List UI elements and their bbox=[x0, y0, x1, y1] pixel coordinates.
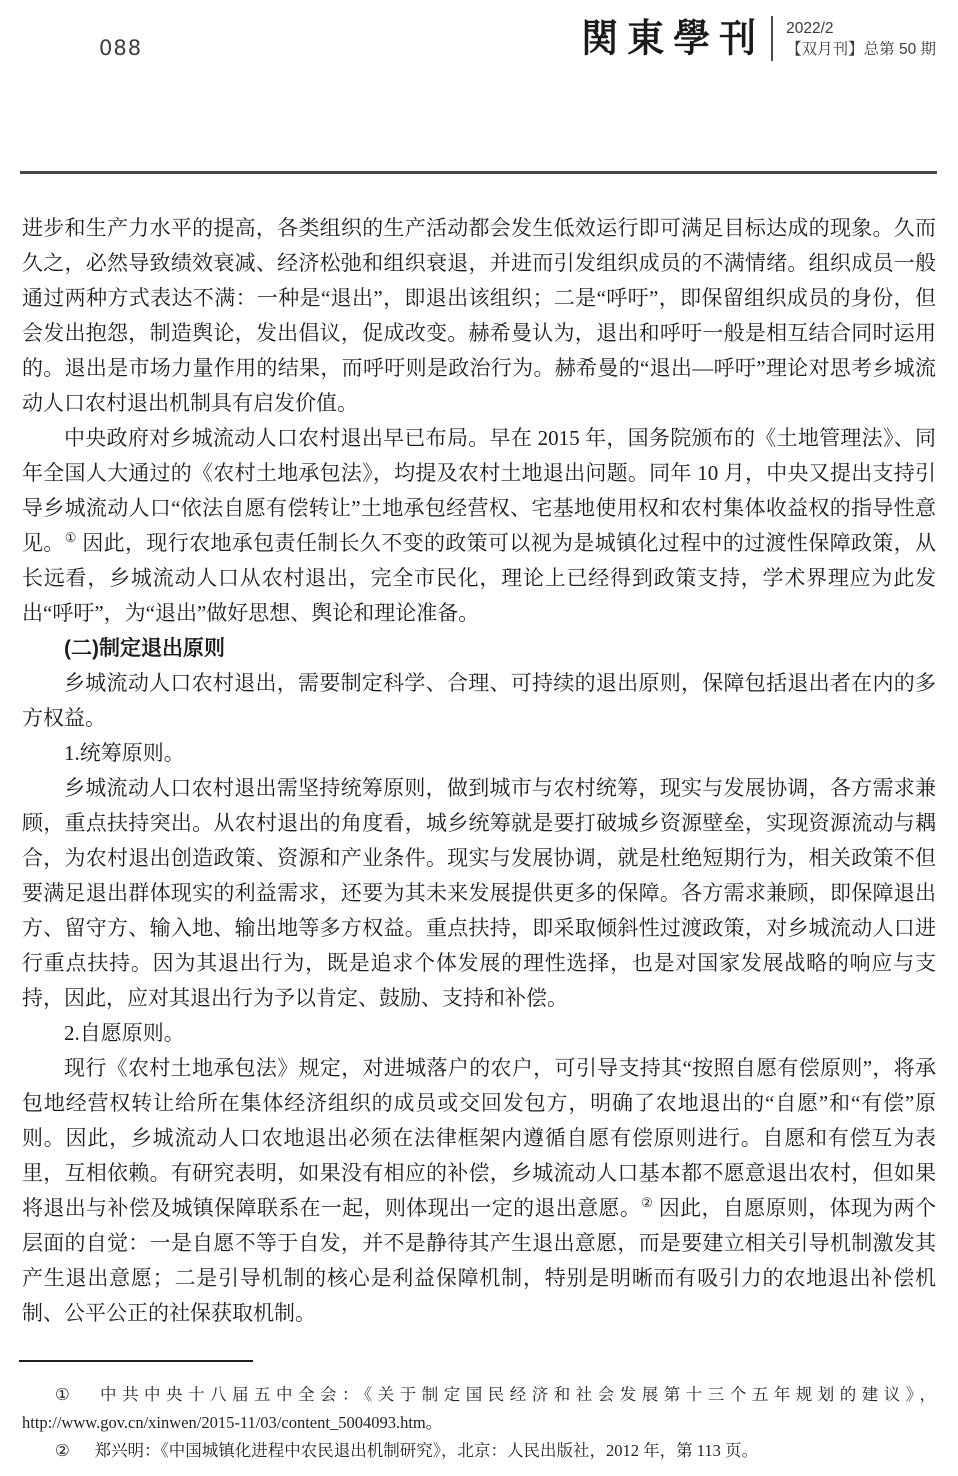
header-rule bbox=[20, 171, 937, 174]
footnote: ①中共中央十八届五中全会：《关于制定国民经济和社会发展第十三个五年规划的建议》，… bbox=[22, 1381, 936, 1437]
paragraph: 乡城流动人口农村退出，需要制定科学、合理、可持续的退出原则，保障包括退出者在内的… bbox=[22, 666, 936, 736]
issue-info: 2022/2 【双月刊】总第 50 期 bbox=[786, 18, 936, 60]
article-body: 进步和生产力水平的提高，各类组织的生产活动都会发生低效运行即可满足目标达成的现象… bbox=[22, 211, 936, 1331]
paragraph-continuation: 进步和生产力水平的提高，各类组织的生产活动都会发生低效运行即可满足目标达成的现象… bbox=[22, 211, 936, 421]
footnote: ②郑兴明：《中国城镇化进程中农民退出机制研究》，北京：人民出版社，2012 年，… bbox=[22, 1437, 936, 1465]
footnote-marker: ② bbox=[55, 1441, 70, 1460]
paragraph: 现行《农村土地承包法》规定，对进城落户的农户，可引导支持其“按照自愿有偿原则”，… bbox=[22, 1051, 936, 1331]
section-heading: (二)制定退出原则 bbox=[22, 631, 936, 666]
issue-number: 2022/2 bbox=[786, 18, 936, 39]
journal-title-calligraphy: 関東學刊 bbox=[581, 19, 765, 58]
journal-page: 088 関東學刊 2022/2 【双月刊】总第 50 期 进步和生产力水平的提高… bbox=[0, 0, 958, 1476]
footnotes: ①中共中央十八届五中全会：《关于制定国民经济和社会发展第十三个五年规划的建议》，… bbox=[22, 1381, 936, 1465]
numbered-item-heading: 1.统筹原则。 bbox=[22, 736, 936, 771]
issue-volume: 【双月刊】总第 50 期 bbox=[786, 39, 936, 60]
numbered-item-heading: 2.自愿原则。 bbox=[22, 1016, 936, 1051]
journal-masthead: 関東學刊 2022/2 【双月刊】总第 50 期 bbox=[581, 16, 936, 61]
page-number: 088 bbox=[99, 36, 142, 60]
paragraph: 乡城流动人口农村退出需坚持统筹原则，做到城市与农村统筹，现实与发展协调，各方需求… bbox=[22, 771, 936, 1016]
footnote-text: 郑兴明：《中国城镇化进程中农民退出机制研究》，北京：人民出版社，2012 年，第… bbox=[95, 1441, 759, 1460]
paragraph: 中央政府对乡城流动人口农村退出早已布局。早在 2015 年，国务院颁布的《土地管… bbox=[22, 421, 936, 631]
footnote-text: 中共中央十八届五中全会：《关于制定国民经济和社会发展第十三个五年规划的建议》，h… bbox=[22, 1385, 936, 1432]
masthead-divider bbox=[771, 16, 773, 61]
footnote-separator bbox=[19, 1360, 253, 1362]
footnote-marker: ① bbox=[55, 1385, 75, 1404]
